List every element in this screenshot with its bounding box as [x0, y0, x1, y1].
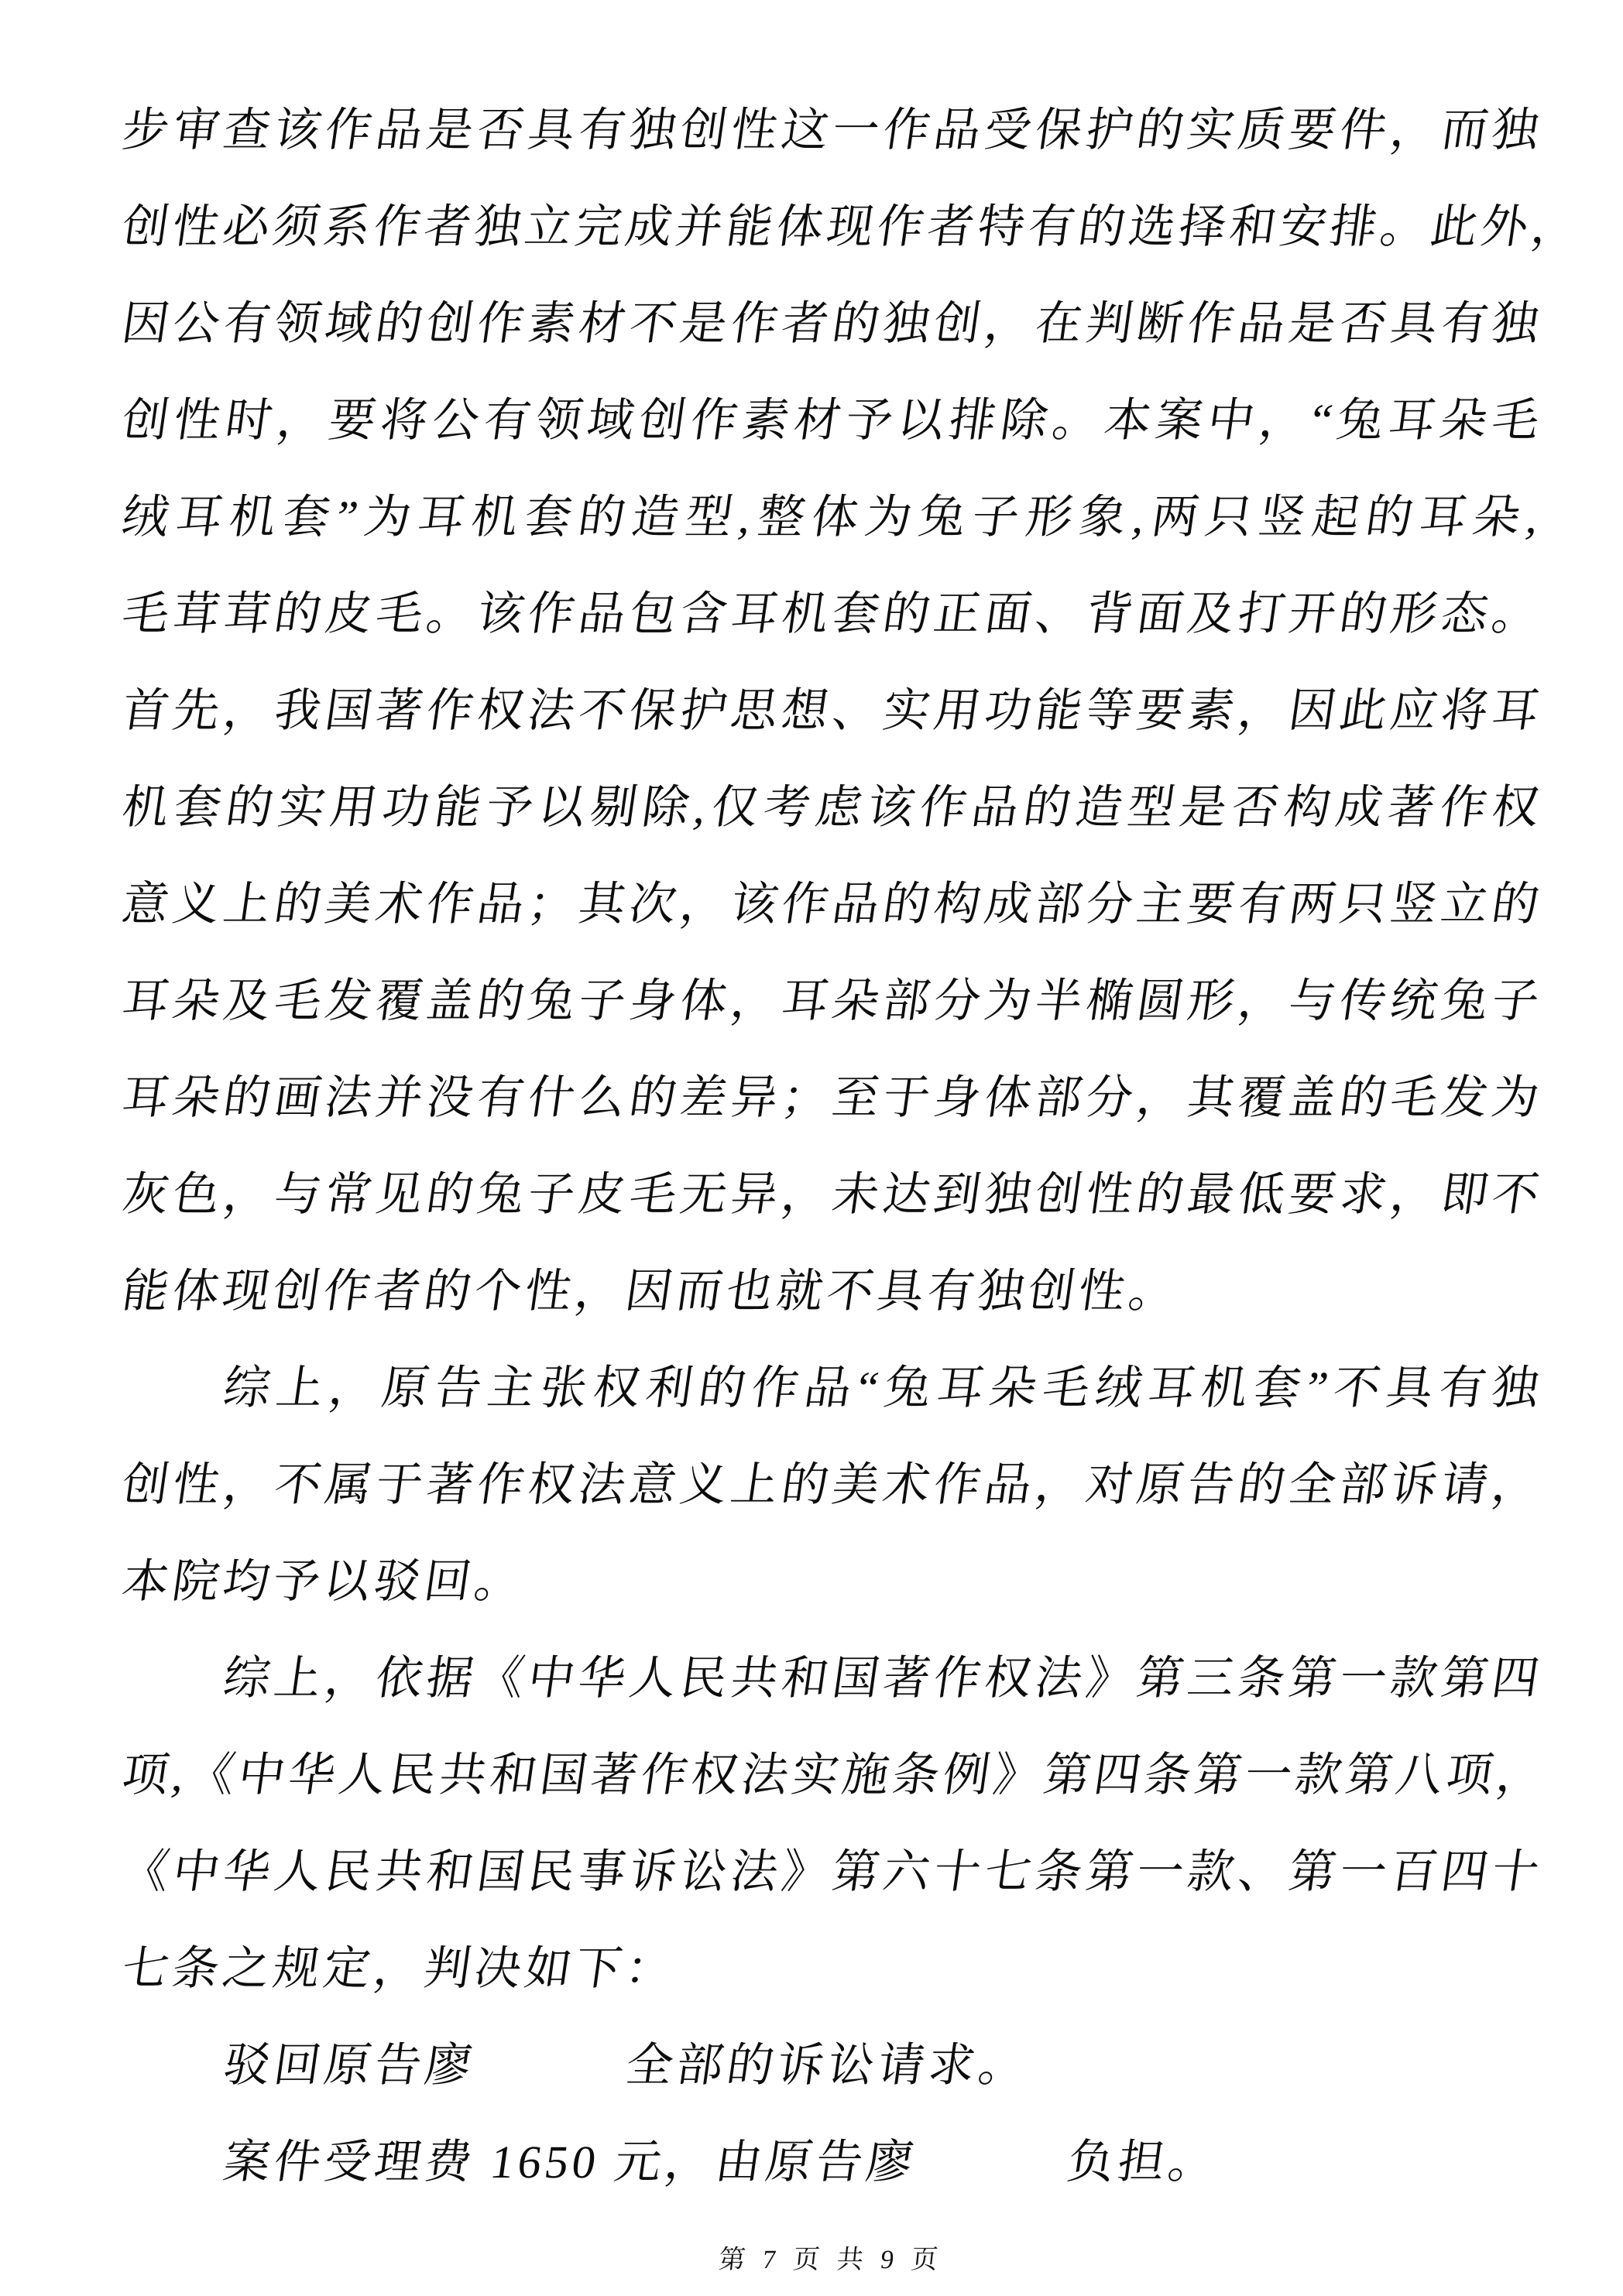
body-line: 毛茸茸的皮毛。该作品包含耳机套的正面、背面及打开的形态。: [115, 566, 1549, 663]
body-line: 绒耳机套”为耳机套的造型,整体为兔子形象,两只竖起的耳朵,: [115, 469, 1549, 566]
body-line: 七条之规定，判决如下：: [115, 1921, 1549, 2017]
body-line-paragraph-start: 综上，依据《中华人民共和国著作权法》第三条第一款第四: [115, 1630, 1549, 1727]
body-line: 机套的实用功能予以剔除,仅考虑该作品的造型是否构成著作权: [115, 759, 1549, 856]
body-line: 因公有领域的创作素材不是作者的独创，在判断作品是否具有独: [115, 276, 1549, 372]
body-line-paragraph-start: 综上，原告主张权利的作品“兔耳朵毛绒耳机套”不具有独: [115, 1340, 1549, 1437]
body-line: 项,《中华人民共和国著作权法实施条例》第四条第一款第八项，: [115, 1727, 1549, 1824]
body-line: 创性，不属于著作权法意义上的美术作品，对原告的全部诉请，: [115, 1437, 1549, 1534]
body-line-court-fee: 案件受理费 1650 元，由原告廖 负担。: [115, 2114, 1549, 2211]
body-line: 能体现创作者的个性，因而也就不具有独创性。: [115, 1243, 1549, 1340]
body-line: 步审查该作品是否具有独创性这一作品受保护的实质要件，而独: [115, 82, 1549, 179]
body-line: 耳朵的画法并没有什么的差异；至于身体部分，其覆盖的毛发为: [115, 1050, 1549, 1146]
body-line: 灰色，与常见的兔子皮毛无异，未达到独创性的最低要求，即不: [115, 1146, 1549, 1243]
body-line: 《中华人民共和国民事诉讼法》第六十七条第一款、第一百四十: [115, 1824, 1549, 1921]
body-line: 耳朵及毛发覆盖的兔子身体，耳朵部分为半椭圆形，与传统兔子: [115, 953, 1549, 1050]
body-line: 首先，我国著作权法不保护思想、实用功能等要素，因此应将耳: [115, 663, 1549, 759]
judgment-text-block: 步审查该作品是否具有独创性这一作品受保护的实质要件，而独 创性必须系作者独立完成…: [122, 82, 1542, 2211]
body-line: 创性时，要将公有领域创作素材予以排除。本案中，“兔耳朵毛: [115, 372, 1549, 469]
body-line-judgment-item: 驳回原告廖 全部的诉讼请求。: [115, 2017, 1549, 2114]
body-line: 本院均予以驳回。: [115, 1534, 1549, 1630]
page-number-footer: 第 7 页 共 9 页: [0, 2242, 1623, 2279]
document-page: 步审查该作品是否具有独创性这一作品受保护的实质要件，而独 创性必须系作者独立完成…: [0, 0, 1623, 2296]
body-line: 创性必须系作者独立完成并能体现作者特有的选择和安排。此外，: [115, 179, 1549, 276]
body-line: 意义上的美术作品；其次，该作品的构成部分主要有两只竖立的: [115, 856, 1549, 953]
